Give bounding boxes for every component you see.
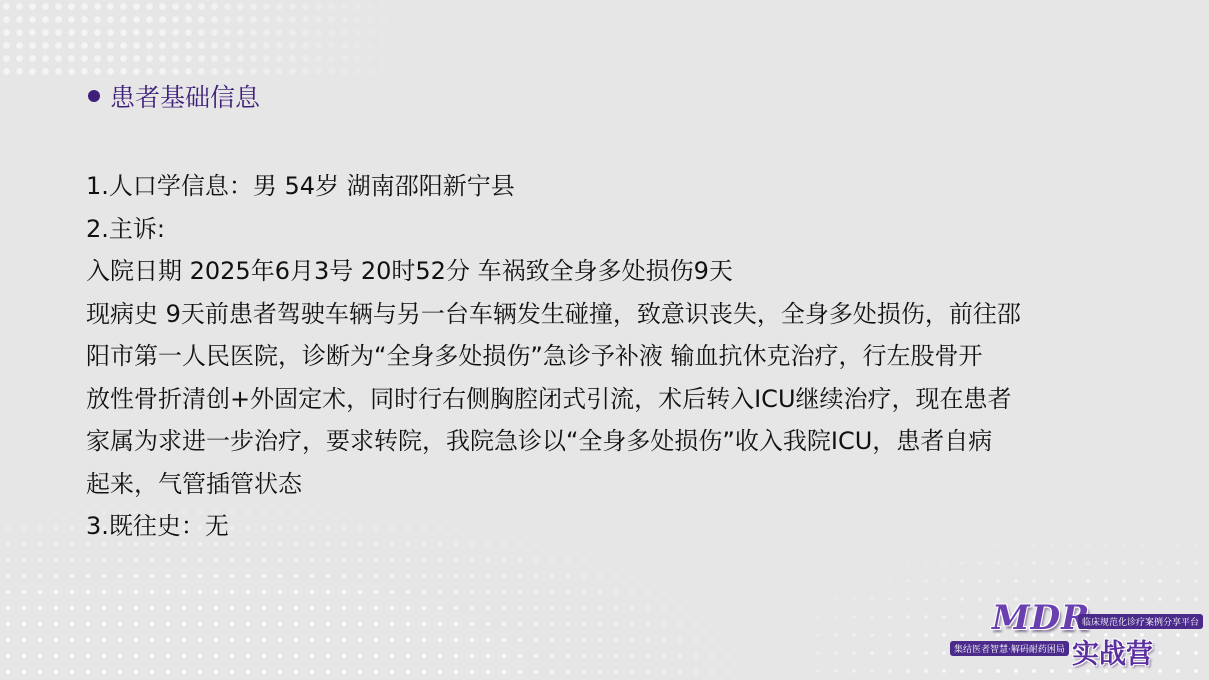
demographics-line: 1.人口学信息：男 54岁 湖南邵阳新宁县 — [86, 165, 1136, 208]
mdr-logo: MDR 临床规范化诊疗案例分享平台 集结医者智慧·解码耐药困局 实战营 — [950, 600, 1195, 670]
section-heading: 患者基础信息 — [88, 78, 260, 114]
logo-slogan: 集结医者智慧·解码耐药困局 — [950, 641, 1069, 656]
dot-pattern-top — [0, 0, 420, 80]
logo-name: 实战营 — [1072, 632, 1153, 671]
logo-tagline: 临床规范化诊疗案例分享平台 — [1078, 614, 1203, 629]
heading-text: 患者基础信息 — [110, 78, 260, 114]
history-line-1: 现病史 9天前患者驾驶车辆与另一台车辆发生碰撞，致意识丧失，全身多处损伤，前往邵 — [86, 293, 1136, 336]
admission-line: 入院日期 2025年6月3号 20时52分 车祸致全身多处损伤9天 — [86, 250, 1136, 293]
history-line-4: 家属为求进一步治疗，要求转院，我院急诊以“全身多处损伤”收入我院ICU，患者自病 — [86, 420, 1136, 463]
past-history-line: 3.既往史：无 — [86, 505, 1136, 548]
history-line-2: 阳市第一人民医院，诊断为“全身多处损伤”急诊予补液 输血抗休克治疗，行左股骨开 — [86, 335, 1136, 378]
bullet-icon — [88, 90, 100, 102]
history-line-5: 起来，气管插管状态 — [86, 463, 1136, 506]
history-line-3: 放性骨折清创+外固定术，同时行右侧胸腔闭式引流，术后转入ICU继续治疗，现在患者 — [86, 378, 1136, 421]
chief-complaint-label: 2.主诉: — [86, 208, 1136, 251]
patient-info-body: 1.人口学信息：男 54岁 湖南邵阳新宁县 2.主诉: 入院日期 2025年6月… — [86, 165, 1136, 548]
